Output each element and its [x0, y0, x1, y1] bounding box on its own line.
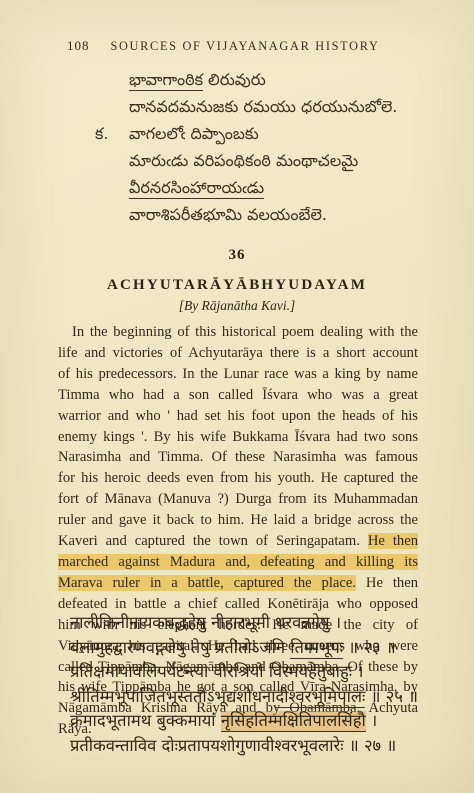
- telugu-line-text: వారాశిపరీతభూమి వలయంబేలె.: [129, 205, 327, 224]
- underlined-text: दीश्वरभूमिपालः: [275, 687, 365, 708]
- telugu-line: భావాగాంఠిక లిరువురు: [129, 66, 434, 93]
- telugu-line-text: దానవదమనుజకు రమయు ధరయునుబోలె.: [129, 97, 397, 116]
- telugu-line: దానవదమనుజకు రమయు ధరయునుబోలె.: [129, 93, 434, 120]
- underlined-text: వీరనరసింహారాయఁడు: [129, 178, 264, 199]
- text-segment: మారుఁడు వరిపంథికంఠి మంథాచలమై: [129, 151, 358, 170]
- text-segment: లిరువురు: [203, 70, 266, 89]
- telugu-verse-block: భావాగాంఠిక లిరువురు దానవదమనుజకు రమయు ధరయ…: [129, 66, 434, 228]
- sanskrit-line: प्रतीकवन्ताविव दोःप्रतापयशोगुणावीश्वरभूव…: [70, 734, 444, 759]
- text-segment: In the beginning of this historical poem…: [58, 324, 418, 549]
- underlined-text: భావాగాంఠిక: [129, 70, 203, 91]
- telugu-line: వీరనరసింహారాయఁడు: [129, 174, 434, 201]
- telugu-line-text: మారుఁడు వరిపంథికంఠి మంథాచలమై: [129, 151, 358, 170]
- telugu-line: మారుఁడు వరిపంథికంఠి మంథాచలమై: [129, 147, 434, 174]
- stanza-label: క.: [95, 120, 108, 147]
- text-segment: వాగలలోఁ దిప్పాంబకు: [129, 124, 259, 143]
- sanskrit-line: प्रतिक्षमापावलिपर्यटन्त्या वीरश्रियो विस…: [70, 660, 444, 685]
- text-segment: ॥ २५ ॥: [365, 687, 418, 706]
- sanskrit-line: क्रमादभूतामथ बुक्कमायां नृसिंहतिम्मक्षित…: [70, 709, 444, 734]
- sanskrit-line: श्रीतिम्मभूपाजितभूस्ततोऽभूद्यशोधनादीश्वर…: [70, 685, 444, 710]
- sanskrit-line: वलामुहद्वारणवद्गजेषु तेषु प्रतीतोऽजनि ति…: [70, 636, 444, 661]
- telugu-line: క. వాగలలోఁ దిప్పాంబకు: [129, 120, 434, 147]
- section-heading: 36 ACHYUTARĀYĀBHYUDAYAM [By Rājanātha Ka…: [0, 247, 474, 314]
- section-byline: [By Rājanātha Kavi.]: [0, 298, 474, 314]
- sanskrit-line: नालीकिनीनायकबद्धहेषु नीहारभूमी धरवन्नगेष…: [70, 611, 444, 636]
- text-segment: ॥ २३ ॥: [343, 638, 396, 657]
- text-segment: దానవదమనుజకు రమయు ధరయునుబోలె.: [129, 97, 397, 116]
- text-segment: नालीकिनीनायकबद्धहेषु नीहारभूमी धरवन्नगेष…: [70, 613, 341, 632]
- section-number: 36: [0, 247, 474, 264]
- book-page: 108 SOURCES OF VIJAYANAGAR HISTORY భావాగ…: [0, 0, 474, 793]
- text-segment: क्रमादभूतामथ बुक्कमायां: [70, 711, 221, 730]
- text-segment: प्रतीकवन्ताविव दोःप्रतापयशोगुणावीश्वरभूव…: [70, 736, 396, 755]
- running-header: SOURCES OF VIJAYANAGAR HISTORY: [8, 39, 474, 54]
- underlined-text: तिम्मभूपः: [290, 638, 343, 659]
- text-segment: वलामुहद्वारणवद्गजेषु तेषु प्रतीतोऽजनि: [70, 638, 290, 657]
- text-segment: వారాశిపరీతభూమి వలయంబేలె.: [129, 205, 327, 224]
- text-segment: ।: [366, 711, 378, 730]
- highlighted-text: नृसिंहतिम्मक्षितिपालसिंहौ: [221, 711, 366, 732]
- telugu-line-text: వాగలలోఁ దిప్పాంబకు: [129, 124, 259, 143]
- telugu-line-text: భావాగాంఠిక లిరువురు: [129, 70, 266, 91]
- sanskrit-verse-block: नालीकिनीनायकबद्धहेषु नीहारभूमी धरवन्नगेष…: [70, 611, 444, 758]
- telugu-line-text: వీరనరసింహారాయఁడు: [129, 178, 264, 199]
- text-segment: प्रतिक्षमापावलिपर्यटन्त्या वीरश्रियो विस…: [70, 662, 364, 681]
- text-segment: श्रीतिम्मभूपाजितभूस्ततोऽभूद्यशोधना: [70, 687, 275, 706]
- section-title: ACHYUTARĀYĀBHYUDAYAM: [0, 277, 474, 294]
- telugu-line: వారాశిపరీతభూమి వలయంబేలె.: [129, 201, 434, 228]
